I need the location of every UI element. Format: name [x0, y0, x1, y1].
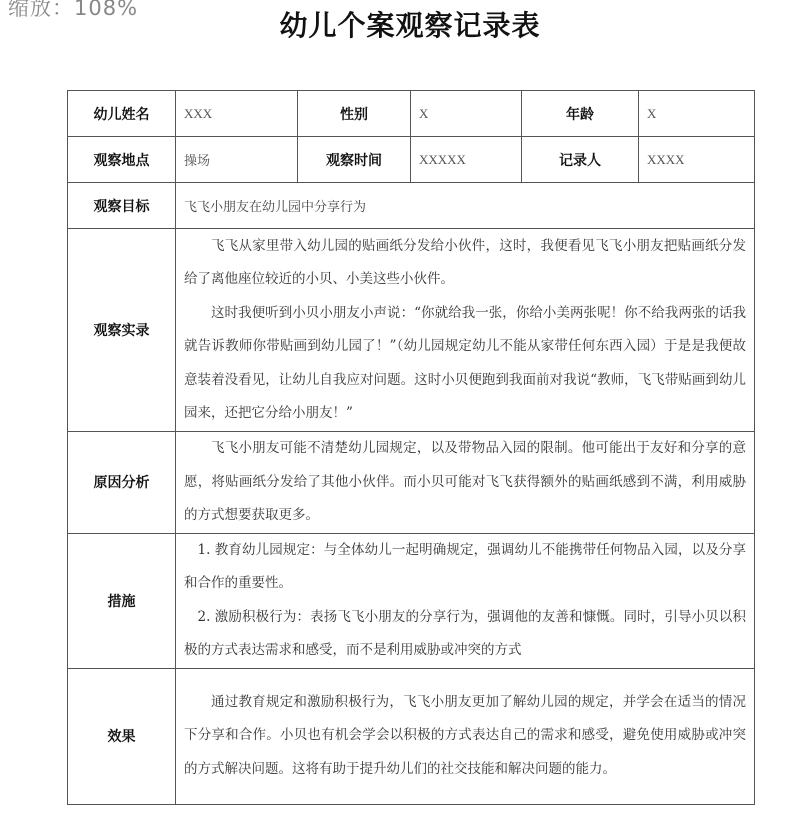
recorder-label: 记录人 — [522, 137, 639, 183]
place-label: 观察地点 — [68, 137, 176, 183]
section-label-effect: 效果 — [68, 668, 176, 804]
age-label: 年龄 — [522, 91, 639, 137]
table-row-basic-info: 幼儿姓名 XXX 性别 X 年龄 X — [68, 91, 755, 137]
name-value: XXX — [176, 91, 298, 137]
table-row-cause-analysis: 原因分析 飞飞小朋友可能不清楚幼儿园规定，以及带物品入园的限制。他可能出于友好和… — [68, 432, 755, 534]
paragraph: 飞飞小朋友可能不清楚幼儿园规定，以及带物品入园的限制。他可能出于友好和分享的意愿… — [184, 432, 746, 533]
table-row-effect: 效果 通过教育规定和激励积极行为，飞飞小朋友更加了解幼儿园的规定，并学会在适当的… — [68, 668, 755, 804]
recorder-value: XXXX — [639, 137, 755, 183]
section-label-measures: 措施 — [68, 533, 176, 668]
time-label: 观察时间 — [298, 137, 411, 183]
age-value: X — [639, 91, 755, 137]
table-row-goal: 观察目标 飞飞小朋友在幼儿园中分享行为 — [68, 183, 755, 229]
section-content-observation: 飞飞从家里带入幼儿园的贴画纸分发给小伙件，这时，我便看见飞飞小朋友把贴画纸分发给… — [176, 229, 755, 432]
goal-value: 飞飞小朋友在幼儿园中分享行为 — [176, 183, 755, 229]
table-row-observation-meta: 观察地点 操场 观察时间 XXXXX 记录人 XXXX — [68, 137, 755, 183]
section-content-cause: 飞飞小朋友可能不清楚幼儿园规定，以及带物品入园的限制。他可能出于友好和分享的意愿… — [176, 432, 755, 534]
gender-label: 性别 — [298, 91, 411, 137]
place-value: 操场 — [176, 137, 298, 183]
table-row-observation-record: 观察实录 飞飞从家里带入幼儿园的贴画纸分发给小伙件，这时，我便看见飞飞小朋友把贴… — [68, 229, 755, 432]
document-title: 幼儿个案观察记录表 — [0, 4, 800, 44]
section-label-cause: 原因分析 — [68, 432, 176, 534]
paragraph: 2. 激励积极行为：表扬飞飞小朋友的分享行为，强调他的友善和慷慨。同时，引导小贝… — [184, 601, 746, 668]
goal-label: 观察目标 — [68, 183, 176, 229]
paragraph: 1. 教育幼儿园规定：与全体幼儿一起明确规定，强调幼儿不能携带任何物品入园，以及… — [184, 534, 746, 601]
time-value: XXXXX — [411, 137, 522, 183]
gender-value: X — [411, 91, 522, 137]
paragraph: 飞飞从家里带入幼儿园的贴画纸分发给小伙件，这时，我便看见飞飞小朋友把贴画纸分发给… — [184, 230, 746, 297]
section-label-observation: 观察实录 — [68, 229, 176, 432]
paragraph: 这时我便听到小贝小朋友小声说：“你就给我一张，你给小美两张呢！你不给我两张的话我… — [184, 297, 746, 431]
observation-record-table: 幼儿姓名 XXX 性别 X 年龄 X 观察地点 操场 观察时间 XXXXX 记录… — [67, 90, 755, 805]
section-content-measures: 1. 教育幼儿园规定：与全体幼儿一起明确规定，强调幼儿不能携带任何物品入园，以及… — [176, 533, 755, 668]
paragraph: 通过教育规定和激励积极行为，飞飞小朋友更加了解幼儿园的规定，并学会在适当的情况下… — [184, 686, 746, 787]
section-content-effect: 通过教育规定和激励积极行为，飞飞小朋友更加了解幼儿园的规定，并学会在适当的情况下… — [176, 668, 755, 804]
name-label: 幼儿姓名 — [68, 91, 176, 137]
table-row-measures: 措施 1. 教育幼儿园规定：与全体幼儿一起明确规定，强调幼儿不能携带任何物品入园… — [68, 533, 755, 668]
